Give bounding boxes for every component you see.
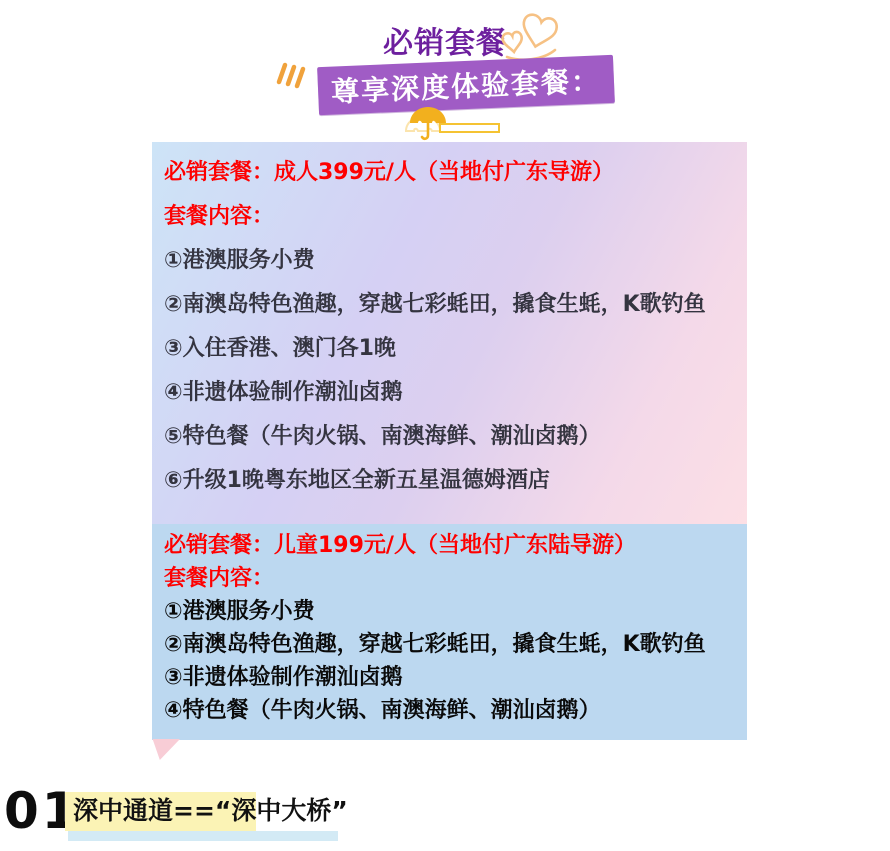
child-item: ①港澳服务小费 bbox=[164, 599, 737, 625]
section-title: 深中通道==“深中大桥” bbox=[65, 791, 348, 827]
hearts-icon bbox=[499, 10, 563, 62]
speech-bubble-tail bbox=[152, 739, 180, 760]
adult-item: ①港澳服务小费 bbox=[164, 247, 737, 274]
section-underline-bar bbox=[68, 831, 338, 841]
adult-content-label: 套餐内容： bbox=[164, 203, 737, 230]
child-item: ④特色餐（牛肉火锅、南澳海鲜、潮汕卤鹅） bbox=[164, 698, 737, 724]
child-content-label: 套餐内容： bbox=[164, 566, 737, 592]
adult-item: ③入住香港、澳门各1晚 bbox=[164, 335, 737, 362]
banner-ribbon: 尊享深度体验套餐： bbox=[317, 55, 615, 115]
child-price-line: 必销套餐：儿童199元/人（当地付广东陆导游） bbox=[164, 533, 737, 559]
section-title-highlight: 深中通道==“深 bbox=[65, 792, 256, 831]
travel-flyer-page: 必销套餐 尊享深度体验套餐： 必销套餐：成人399元/人（当地付广东导游） 套餐… bbox=[0, 0, 890, 851]
decorative-line bbox=[439, 123, 500, 133]
banner-title: 尊享深度体验套餐： bbox=[330, 59, 601, 110]
slashes-icon bbox=[274, 56, 310, 92]
adult-price-line: 必销套餐：成人399元/人（当地付广东导游） bbox=[164, 159, 737, 186]
page-title: 必销套餐 bbox=[383, 18, 507, 62]
adult-item: ⑤特色餐（牛肉火锅、南澳海鲜、潮汕卤鹅） bbox=[164, 423, 737, 450]
child-item: ②南澳岛特色渔趣，穿越七彩蚝田，撬食生蚝，K歌钓鱼 bbox=[164, 632, 737, 658]
section-title-rest: 中大桥” bbox=[256, 792, 347, 831]
adult-item: ⑥升级1晚粤东地区全新五星温德姆酒店 bbox=[164, 467, 737, 494]
adult-item: ④非遗体验制作潮汕卤鹅 bbox=[164, 379, 737, 406]
child-item: ③非遗体验制作潮汕卤鹅 bbox=[164, 665, 737, 691]
adult-package-card: 必销套餐：成人399元/人（当地付广东导游） 套餐内容： ①港澳服务小费 ②南澳… bbox=[152, 142, 747, 524]
child-package-card: 必销套餐：儿童199元/人（当地付广东陆导游） 套餐内容： ①港澳服务小费 ②南… bbox=[152, 524, 747, 740]
adult-item: ②南澳岛特色渔趣，穿越七彩蚝田，撬食生蚝，K歌钓鱼 bbox=[164, 291, 737, 318]
